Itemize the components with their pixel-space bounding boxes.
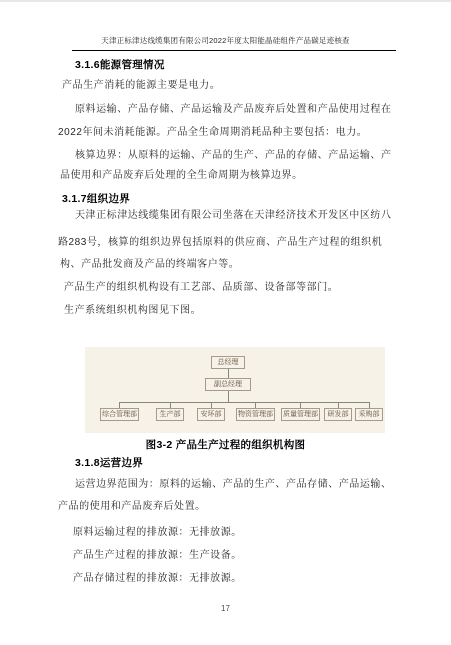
org-chart-box-deputy-general-manager: 副总经理 — [205, 378, 251, 391]
figure-caption: 图3-2 产品生产过程的组织机构图 — [0, 437, 451, 452]
org-chart-box-department: 综合管理部 — [100, 408, 139, 421]
paragraph-line: 核算边界：从原料的运输、产品的生产、产品的存储、产品运输、产 — [75, 149, 392, 163]
page-top-edge — [0, 0, 451, 2]
paragraph-line: 2022年间未消耗能源。产品全生命周期消耗品种主要包括：电力。 — [58, 126, 367, 140]
paragraph-line: 产品存储过程的排放源：无排放源。 — [73, 572, 242, 586]
paragraph-line: 原料运输过程的排放源：无排放源。 — [73, 526, 242, 540]
org-chart-box-department: 物资管理部 — [236, 408, 275, 421]
paragraph-line: 运营边界范围为：原料的运输、产品的生产、产品存储、产品运输、 — [75, 478, 392, 492]
paragraph-line: 原料运输、产品存储、产品运输及产品废弃后处置和产品使用过程在 — [75, 103, 392, 117]
paragraph-line: 产品生产过程的排放源：生产设备。 — [73, 549, 242, 563]
org-chart-box-department: 采购部 — [355, 408, 383, 421]
org-chart-box-department: 生产部 — [156, 408, 184, 421]
org-chart-box-department: 研发部 — [324, 408, 352, 421]
org-chart-box-general-manager: 总经理 — [211, 356, 245, 369]
section-heading-3-1-8: 3.1.8运营边界 — [75, 456, 143, 470]
org-chart: 总经理 副总经理 综合管理部 生产部 安环部 物资管理部 质量管理部 研发部 采… — [85, 347, 385, 433]
section-heading-3-1-7: 3.1.7组织边界 — [62, 192, 130, 206]
paragraph-line: 路283号，核算的组织边界包括原料的供应商、产品生产过程的组织机 — [58, 236, 382, 250]
page-number: 17 — [0, 604, 451, 613]
header-rule — [72, 50, 396, 51]
paragraph-line: 天津正标津达线缆集团有限公司坐落在天津经济技术开发区中区纺八 — [75, 209, 392, 223]
paragraph-line: 品使用和产品废弃后处理的全生命周期为核算边界。 — [60, 169, 303, 183]
document-header-title: 天津正标津达线缆集团有限公司2022年度太阳能晶硅组件产品碳足迹核查 — [0, 35, 451, 46]
paragraph-line: 产品生产消耗的能源主要是电力。 — [62, 79, 220, 93]
paragraph-line: 构、产品批发商及产品的终端客户等。 — [60, 258, 239, 272]
paragraph-line: 产品的使用和产品废弃后处置。 — [58, 500, 206, 514]
org-chart-connector — [228, 369, 229, 378]
org-chart-connector — [228, 391, 229, 402]
paragraph-line: 生产系统组织机构图见下图。 — [64, 304, 201, 318]
org-chart-box-department: 质量管理部 — [281, 408, 320, 421]
paragraph-line: 产品生产的组织机构设有工艺部、品质部、设备部等部门。 — [64, 281, 338, 295]
org-chart-connector — [119, 402, 370, 403]
org-chart-box-department: 安环部 — [197, 408, 225, 421]
section-heading-3-1-6: 3.1.6能源管理情况 — [75, 58, 165, 72]
